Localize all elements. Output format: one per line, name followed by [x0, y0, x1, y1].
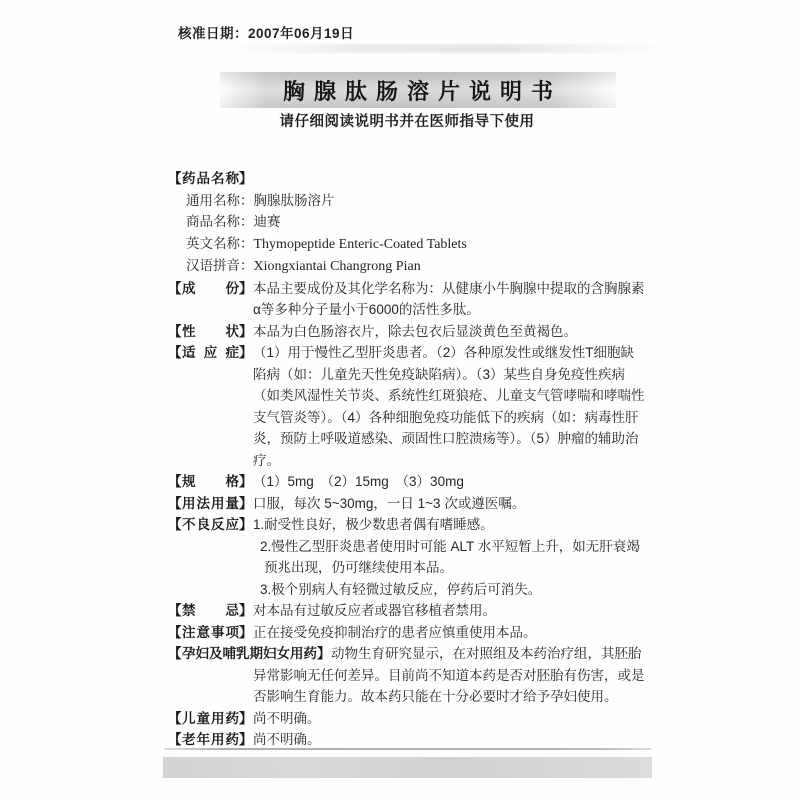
- left-bracket: 【: [168, 471, 182, 493]
- right-bracket: 】: [239, 622, 253, 644]
- section-pediatric: 【儿童用药】尚不明确。: [168, 708, 646, 730]
- right-bracket: 】: [317, 643, 331, 665]
- section-label-text: 孕妇及哺乳期妇女用药: [182, 643, 317, 665]
- leaflet-content: 【药品名称】 通用名称：胸腺肽肠溶片 商品名称：迪赛 英文名称：Thymopep…: [168, 168, 646, 751]
- section-indications: 【适应症】（1）用于慢性乙型肝炎患者。（2）各种原发性或继发性T细胞缺陷病（如：…: [168, 342, 646, 471]
- right-bracket: 】: [239, 708, 253, 730]
- section-pregnancy: 【孕妇及哺乳期妇女用药】动物生育研究显示，在对照组及本药治疗组，其胚胎异常影响无…: [168, 643, 646, 708]
- left-bracket: 【: [168, 168, 182, 190]
- section-contraindications: 【禁忌】对本品有过敏反应者或器官移植者禁用。: [168, 600, 646, 622]
- section-label-text: 用法用量: [182, 493, 239, 515]
- drug-name-row-trade: 商品名称：迪赛: [168, 211, 646, 233]
- adverse-item-3: 3.极个别病人有轻微过敏反应，停药后可消失。: [168, 579, 646, 601]
- footer-rule: [164, 748, 651, 750]
- left-bracket: 【: [168, 321, 182, 343]
- section-body: 口服，每次 5~30mg，一日 1~3 次或遵医嘱。: [253, 496, 525, 511]
- section-label-text: 不良反应: [182, 514, 239, 536]
- row-value: 胸腺肽肠溶片: [254, 193, 335, 208]
- left-bracket: 【: [168, 278, 182, 300]
- left-bracket: 【: [168, 342, 182, 364]
- section-composition: 【成份】本品主要成份及其化学名称为：从健康小牛胸腺中提取的含胸腺素α等多种分子量…: [168, 278, 646, 321]
- right-bracket: 】: [239, 342, 253, 364]
- row-key: 通用名称：: [186, 193, 254, 208]
- section-body: （1）用于慢性乙型肝炎患者。（2）各种原发性或继发性T细胞缺陷病（如：儿童先天性…: [253, 345, 645, 468]
- section-label-text: 禁忌: [182, 600, 239, 622]
- section-adverse-reactions: 【不良反应】1.耐受性良好，极少数患者偶有嗜睡感。 2.慢性乙型肝炎患者使用时可…: [168, 514, 646, 600]
- row-key: 汉语拼音：: [186, 258, 254, 273]
- scan-gradient-streak: [228, 44, 668, 53]
- right-bracket: 】: [239, 514, 253, 536]
- leaflet-page: 核准日期：2007年06月19日 胸腺肽肠溶片说明书 请仔细阅读说明书并在医师指…: [0, 0, 800, 800]
- drug-name-row-generic: 通用名称：胸腺肽肠溶片: [168, 190, 646, 212]
- row-value: Thymopeptide Enteric-Coated Tablets: [254, 237, 467, 252]
- adverse-item-1: 1.耐受性良好，极少数患者偶有嗜睡感。: [253, 517, 494, 532]
- section-label-text: 药品名称: [182, 168, 239, 190]
- right-bracket: 】: [239, 600, 253, 622]
- section-body: 对本品有过敏反应者或器官移植者禁用。: [253, 603, 496, 618]
- section-body: 尚不明确。: [253, 711, 321, 726]
- row-value: 迪赛: [254, 214, 281, 229]
- title-band: 胸腺肽肠溶片说明书: [220, 72, 616, 108]
- section-label-text: 性状: [182, 321, 239, 343]
- section-label-text: 注意事项: [182, 622, 239, 644]
- section-label-drug-name: 【药品名称】: [168, 168, 646, 190]
- section-label-text: 适应症: [182, 342, 239, 364]
- section-body: 本品为白色肠溶衣片，除去包衣后显淡黄色至黄褐色。: [253, 324, 577, 339]
- section-label-text: 成份: [182, 278, 239, 300]
- left-bracket: 【: [168, 600, 182, 622]
- footer-bar: [163, 757, 652, 778]
- page-subtitle: 请仔细阅读说明书并在医师指导下使用: [168, 113, 646, 131]
- adverse-item-2: 2.慢性乙型肝炎患者使用时可能 ALT 水平短暂上升，如无肝衰竭预兆出现，仍可继…: [168, 536, 646, 579]
- page-title: 胸腺肽肠溶片说明书: [274, 75, 562, 106]
- right-bracket: 】: [239, 321, 253, 343]
- section-label-text: 规格: [182, 471, 239, 493]
- left-bracket: 【: [168, 514, 182, 536]
- section-specification: 【规格】（1）5mg （2）15mg （3）30mg: [168, 471, 646, 493]
- section-body: 尚不明确。: [253, 732, 321, 747]
- left-bracket: 【: [168, 493, 182, 515]
- section-drug-name: 【药品名称】 通用名称：胸腺肽肠溶片 商品名称：迪赛 英文名称：Thymopep…: [168, 168, 646, 278]
- section-character: 【性状】本品为白色肠溶衣片，除去包衣后显淡黄色至黄褐色。: [168, 321, 646, 343]
- section-body: （1）5mg （2）15mg （3）30mg: [253, 474, 464, 489]
- right-bracket: 】: [239, 471, 253, 493]
- right-bracket: 】: [239, 168, 253, 190]
- left-bracket: 【: [168, 643, 182, 665]
- section-body: 本品主要成份及其化学名称为：从健康小牛胸腺中提取的含胸腺素α等多种分子量小于60…: [253, 281, 645, 318]
- row-key: 商品名称：: [186, 214, 254, 229]
- left-bracket: 【: [168, 622, 182, 644]
- right-bracket: 】: [239, 493, 253, 515]
- row-value: Xiongxiantai Changrong Pian: [254, 259, 421, 274]
- drug-name-row-english: 英文名称：Thymopeptide Enteric-Coated Tablets: [168, 233, 646, 256]
- left-bracket: 【: [168, 708, 182, 730]
- section-label-text: 儿童用药: [182, 708, 239, 730]
- row-key: 英文名称：: [186, 236, 254, 251]
- approval-date: 核准日期：2007年06月19日: [178, 22, 354, 42]
- section-dosage: 【用法用量】口服，每次 5~30mg，一日 1~3 次或遵医嘱。: [168, 493, 646, 515]
- right-bracket: 】: [239, 278, 253, 300]
- drug-name-row-pinyin: 汉语拼音：Xiongxiantai Changrong Pian: [168, 255, 646, 278]
- section-precautions: 【注意事项】正在接受免疫抑制治疗的患者应慎重使用本品。: [168, 622, 646, 644]
- section-body: 正在接受免疫抑制治疗的患者应慎重使用本品。: [253, 625, 537, 640]
